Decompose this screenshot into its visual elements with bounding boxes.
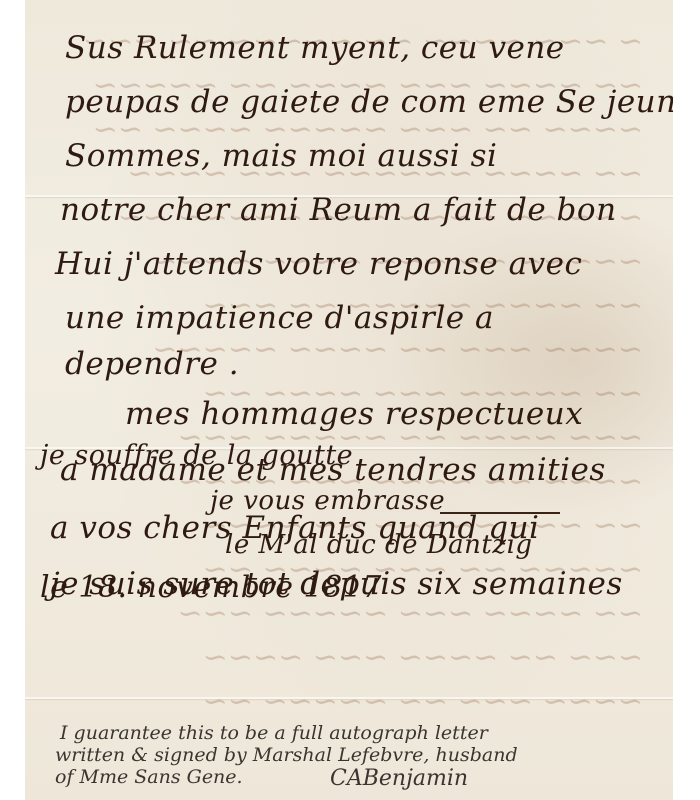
closing-line: je vous embrasse [210,486,445,516]
signature: le M'al duc de Dantzig [225,530,533,560]
letter-line: Sommes, mais moi aussi si [65,138,497,174]
annotation-line: of Mme Sans Gene. [55,766,243,788]
annotation-line: I guarantee this to be a full autograph … [60,722,488,744]
letter-paper: ~ ~~~ ~~~~ ~~ ~~~~~ ~~ ~~~ ~~ ~~~~ ~~~ ~… [25,0,673,800]
letter-line: dependre . [65,346,239,382]
letter-line: notre cher ami Reum a fait de bon [60,192,617,228]
letter-line: mes hommages respectueux [125,396,583,432]
signature-underline [440,512,560,514]
annotation-line: written & signed by Marshal Lefebvre, hu… [55,744,518,766]
letter-line: peupas de gaiete de com eme Se jeuno [65,84,673,120]
letter-line: Sus Rulement myent, ceu vene [65,30,565,66]
annotation-signature: CABenjamin [330,766,468,791]
letter-line: je souffre de la goutte [40,440,353,471]
letter-date: le 18. novembre 1817 [40,570,382,605]
letter-line: Hui j'attends votre reponse avec [55,246,582,282]
letter-line: une impatience d'aspirle a [65,300,494,336]
paper-fold [25,697,673,699]
